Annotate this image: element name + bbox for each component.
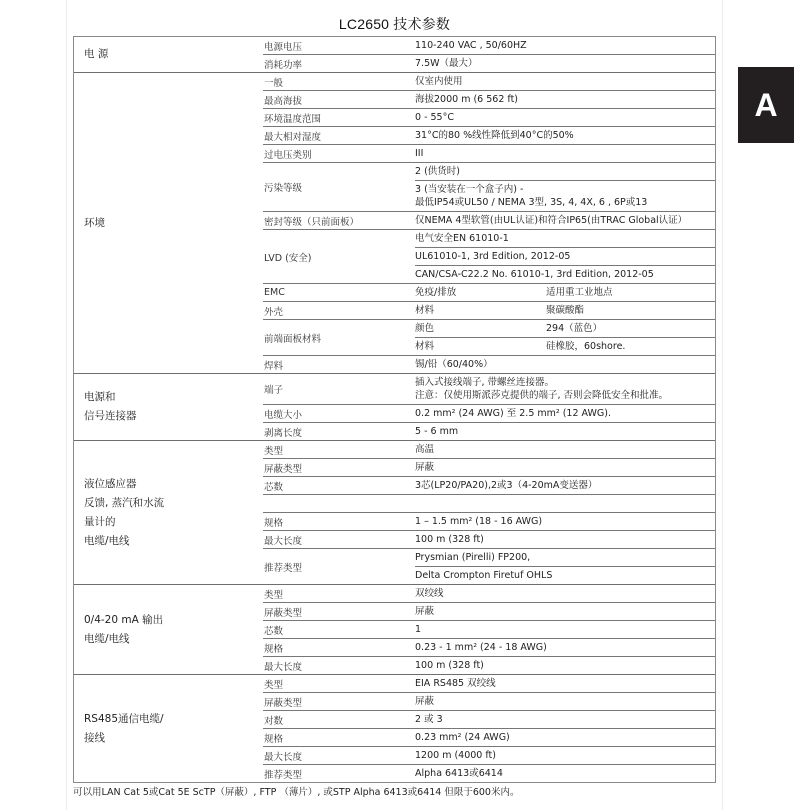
spec-values: 高温 — [415, 441, 715, 458]
spec-key: 对数 — [263, 711, 415, 728]
spec-values: 0 - 55°C — [415, 109, 715, 126]
spec-value: 3 (当安装在一个盒子内) -最低IP54或UL50 / NEMA 3型, 3S… — [415, 180, 715, 211]
spec-key: 一般 — [263, 73, 415, 90]
spec-row: 类型EIA RS485 双绞线 — [263, 675, 715, 692]
spec-row: LVD (安全)电气安全EN 61010-1UL61010-1, 3rd Edi… — [263, 229, 715, 283]
spec-row: 最大长度1200 m (4000 ft) — [263, 746, 715, 764]
spec-values: 双绞线 — [415, 585, 715, 602]
page-title: LC2650 技术参数 — [73, 14, 716, 34]
spec-value: 屏蔽 — [415, 603, 715, 620]
spec-value-pair: 免疫/排放适用重工业地点 — [415, 284, 715, 301]
spec-value: 仅室内使用 — [415, 73, 715, 90]
spec-value-text: Delta Crompton Firetuf OHLS — [415, 569, 552, 582]
spec-value-text: 110-240 VAC , 50/60HZ — [415, 39, 527, 52]
spec-value: 双绞线 — [415, 585, 715, 602]
spec-value: 屏蔽 — [415, 693, 715, 710]
spec-values: 100 m (328 ft) — [415, 657, 715, 674]
spec-key — [263, 495, 415, 512]
spec-values: 海拔2000 m (6 562 ft) — [415, 91, 715, 108]
spec-value: Alpha 6413或6414 — [415, 765, 715, 782]
spec-value: EIA RS485 双绞线 — [415, 675, 715, 692]
spec-row: 屏蔽类型屏蔽 — [263, 602, 715, 620]
spec-subkey: 免疫/排放 — [415, 286, 546, 299]
spec-value-text: 0 - 55°C — [415, 111, 454, 124]
spec-row: 过电压类别III — [263, 144, 715, 162]
spec-value-pair: 材料硅橡胶，60shore. — [415, 337, 715, 355]
section-label-line: 环境 — [84, 214, 263, 233]
section-rows: 类型双绞线屏蔽类型屏蔽芯数1规格0.23 - 1 mm² (24 - 18 AW… — [263, 585, 715, 674]
spec-values: Alpha 6413或6414 — [415, 765, 715, 782]
section-label-line: 电缆/电线 — [84, 532, 263, 551]
spec-value-text: Alpha 6413或6414 — [415, 767, 503, 780]
spec-row: 前端面板材料颜色294（蓝色）材料硅橡胶，60shore. — [263, 319, 715, 355]
spec-row: EMC免疫/排放适用重工业地点 — [263, 283, 715, 301]
spec-value: 3芯(LP20/PA20),2或3（4-20mA变送器） — [415, 477, 715, 494]
spec-section: 电源和信号连接器端子插入式接线端子, 带螺丝连接器。 注意：仅使用斯派莎克提供的… — [74, 373, 715, 440]
spec-key: 电源电压 — [263, 37, 415, 54]
spec-key: 环境温度范围 — [263, 109, 415, 126]
spec-values: 1 — [415, 621, 715, 638]
spec-row: 最大长度100 m (328 ft) — [263, 530, 715, 548]
spec-key: 端子 — [263, 374, 415, 404]
spec-subkey: 颜色 — [415, 322, 546, 335]
spec-values: 1200 m (4000 ft) — [415, 747, 715, 764]
spec-row: 芯数3芯(LP20/PA20),2或3（4-20mA变送器） — [263, 476, 715, 494]
spec-row: 环境温度范围0 - 55°C — [263, 108, 715, 126]
spec-value: 2 (供货时) — [415, 163, 715, 180]
section-tab-marker: A — [738, 67, 794, 143]
spec-row: 最大相对湿度31°C的80 %线性降低到40°C的50% — [263, 126, 715, 144]
spec-value-text: 2 或 3 — [415, 713, 443, 726]
spec-values: 颜色294（蓝色）材料硅橡胶，60shore. — [415, 320, 715, 355]
spec-value-text: 海拔2000 m (6 562 ft) — [415, 93, 518, 106]
spec-values: 7.5W（最大） — [415, 55, 715, 72]
spec-value-text: 插入式接线端子, 带螺丝连接器。 注意：仅使用斯派莎克提供的端子, 否则会降低安… — [415, 376, 668, 402]
spec-value: 电气安全EN 61010-1 — [415, 230, 715, 247]
spec-value-text: 屏蔽 — [415, 605, 434, 618]
spec-row: 规格1 – 1.5 mm² (18 - 16 AWG) — [263, 512, 715, 530]
spec-key: 类型 — [263, 585, 415, 602]
section-label-line: RS485通信电缆/ — [84, 710, 263, 729]
spec-key: 最大长度 — [263, 747, 415, 764]
spec-row: 最大长度100 m (328 ft) — [263, 656, 715, 674]
spec-value-text: CAN/CSA-C22.2 No. 61010-1, 3rd Edition, … — [415, 268, 654, 281]
spec-subvalue: 聚碳酸酯 — [546, 304, 715, 317]
spec-values: 1 – 1.5 mm² (18 - 16 AWG) — [415, 513, 715, 530]
spec-row: 推荐类型Prysmian (Pirelli) FP200,Delta Cromp… — [263, 548, 715, 584]
spec-key: 类型 — [263, 675, 415, 692]
spec-value-text: 1 — [415, 623, 421, 636]
section-label-line: 电 源 — [84, 45, 263, 64]
spec-key: 规格 — [263, 729, 415, 746]
spec-value: 1 – 1.5 mm² (18 - 16 AWG) — [415, 513, 715, 530]
spec-value-text: 2 (供货时) — [415, 165, 460, 178]
spec-row: 电源电压110-240 VAC , 50/60HZ — [263, 37, 715, 54]
spec-value-text: 0.2 mm² (24 AWG) 至 2.5 mm² (12 AWG). — [415, 407, 611, 420]
spec-value-text: 31°C的80 %线性降低到40°C的50% — [415, 129, 574, 142]
spec-section: 环境一般仅室内使用最高海拔海拔2000 m (6 562 ft)环境温度范围0 … — [74, 72, 715, 373]
spec-values: 5 - 6 mm — [415, 423, 715, 440]
spec-table: 电 源电源电压110-240 VAC , 50/60HZ消耗功率 7.5W（最大… — [73, 36, 716, 783]
spec-values: 仅NEMA 4型软管(由UL认证)和符合IP65(由TRAC Global认证） — [415, 212, 715, 229]
section-label: 电 源 — [74, 37, 263, 72]
section-label: 电源和信号连接器 — [74, 374, 263, 440]
spec-value: 1 — [415, 621, 715, 638]
footnote: 可以用LAN Cat 5或Cat 5E ScTP（屏蔽）, FTP （薄片）, … — [73, 784, 519, 798]
spec-key: 芯数 — [263, 621, 415, 638]
spec-key: 推荐类型 — [263, 549, 415, 584]
section-label: RS485通信电缆/接线 — [74, 675, 263, 782]
spec-key: 电缆大小 — [263, 405, 415, 422]
spec-values: 屏蔽 — [415, 603, 715, 620]
spec-values: 材料聚碳酸酯 — [415, 302, 715, 319]
spec-values: 0.23 mm² (24 AWG) — [415, 729, 715, 746]
spec-values: 3芯(LP20/PA20),2或3（4-20mA变送器） — [415, 477, 715, 494]
spec-value: III — [415, 145, 715, 162]
spec-key: 屏蔽类型 — [263, 693, 415, 710]
spec-value-text: UL61010-1, 3rd Edition, 2012-05 — [415, 250, 570, 263]
spec-row: 类型高温 — [263, 441, 715, 458]
spec-values: 屏蔽 — [415, 693, 715, 710]
spec-value: 0.23 - 1 mm² (24 - 18 AWG) — [415, 639, 715, 656]
spec-key: 前端面板材料 — [263, 320, 415, 355]
section-rows: 类型高温屏蔽类型屏蔽芯数3芯(LP20/PA20),2或3（4-20mA变送器）… — [263, 441, 715, 584]
spec-row: 对数2 或 3 — [263, 710, 715, 728]
spec-value: CAN/CSA-C22.2 No. 61010-1, 3rd Edition, … — [415, 265, 715, 283]
spec-values: 锡/铅（60/40%） — [415, 356, 715, 373]
spec-key: 密封等级（只前面板） — [263, 212, 415, 229]
section-label-line: 电缆/电线 — [84, 630, 263, 649]
spec-key: 芯数 — [263, 477, 415, 494]
spec-value: 1200 m (4000 ft) — [415, 747, 715, 764]
spec-values: 31°C的80 %线性降低到40°C的50% — [415, 127, 715, 144]
spec-key: 屏蔽类型 — [263, 459, 415, 476]
spec-row: 推荐类型Alpha 6413或6414 — [263, 764, 715, 782]
spec-values: 100 m (328 ft) — [415, 531, 715, 548]
spec-row: 剥离长度5 - 6 mm — [263, 422, 715, 440]
section-rows: 端子插入式接线端子, 带螺丝连接器。 注意：仅使用斯派莎克提供的端子, 否则会降… — [263, 374, 715, 440]
spec-key: 外壳 — [263, 302, 415, 319]
spec-values: Prysmian (Pirelli) FP200,Delta Crompton … — [415, 549, 715, 584]
spec-values: 屏蔽 — [415, 459, 715, 476]
spec-row: 芯数1 — [263, 620, 715, 638]
spec-value-text: 100 m (328 ft) — [415, 533, 484, 546]
section-label-line: 信号连接器 — [84, 407, 263, 426]
spec-value: 0.23 mm² (24 AWG) — [415, 729, 715, 746]
spec-values: III — [415, 145, 715, 162]
spec-row: 规格0.23 mm² (24 AWG) — [263, 728, 715, 746]
spec-value-text: 双绞线 — [415, 587, 444, 600]
spec-value: Delta Crompton Firetuf OHLS — [415, 566, 715, 584]
section-label-line: 0/4-20 mA 输出 — [84, 611, 263, 630]
page-edge-left — [66, 0, 67, 810]
spec-key: 过电压类别 — [263, 145, 415, 162]
spec-values: 仅室内使用 — [415, 73, 715, 90]
spec-value: 7.5W（最大） — [415, 55, 715, 72]
section-label-line: 液位感应器 — [84, 475, 263, 494]
spec-row: 屏蔽类型屏蔽 — [263, 692, 715, 710]
spec-value: 2 或 3 — [415, 711, 715, 728]
spec-section: 液位感应器反馈, 蒸汽和水流量计的电缆/电线类型高温屏蔽类型屏蔽芯数3芯(LP2… — [74, 440, 715, 584]
section-rows: 电源电压110-240 VAC , 50/60HZ消耗功率 7.5W（最大） — [263, 37, 715, 72]
spec-value-text: 5 - 6 mm — [415, 425, 458, 438]
spec-row: 消耗功率 7.5W（最大） — [263, 54, 715, 72]
spec-value: 锡/铅（60/40%） — [415, 356, 715, 373]
spec-value: 0.2 mm² (24 AWG) 至 2.5 mm² (12 AWG). — [415, 405, 715, 422]
section-rows: 类型EIA RS485 双绞线屏蔽类型屏蔽对数2 或 3规格0.23 mm² (… — [263, 675, 715, 782]
spec-value: UL61010-1, 3rd Edition, 2012-05 — [415, 247, 715, 265]
spec-values: 插入式接线端子, 带螺丝连接器。 注意：仅使用斯派莎克提供的端子, 否则会降低安… — [415, 374, 715, 404]
spec-value-text: III — [415, 147, 423, 160]
spec-key: 污染等级 — [263, 163, 415, 211]
spec-value-text: 仅NEMA 4型软管(由UL认证)和符合IP65(由TRAC Global认证） — [415, 214, 687, 227]
spec-values: 0.23 - 1 mm² (24 - 18 AWG) — [415, 639, 715, 656]
spec-value: 高温 — [415, 441, 715, 458]
spec-value: 5 - 6 mm — [415, 423, 715, 440]
spec-key: EMC — [263, 284, 415, 301]
spec-value: 海拔2000 m (6 562 ft) — [415, 91, 715, 108]
spec-key: 焊料 — [263, 356, 415, 373]
spec-value — [415, 495, 715, 512]
spec-value-text: 高温 — [415, 443, 434, 456]
spec-key: 剥离长度 — [263, 423, 415, 440]
spec-row: 最高海拔海拔2000 m (6 562 ft) — [263, 90, 715, 108]
spec-row: 类型双绞线 — [263, 585, 715, 602]
section-label-line: 量计的 — [84, 513, 263, 532]
spec-row: 密封等级（只前面板）仅NEMA 4型软管(由UL认证)和符合IP65(由TRAC… — [263, 211, 715, 229]
spec-values: 0.2 mm² (24 AWG) 至 2.5 mm² (12 AWG). — [415, 405, 715, 422]
spec-value-text: 7.5W（最大） — [415, 57, 478, 70]
spec-value-text: 锡/铅（60/40%） — [415, 358, 493, 371]
spec-row: 屏蔽类型屏蔽 — [263, 458, 715, 476]
spec-subkey: 材料 — [415, 304, 546, 317]
section-label: 液位感应器反馈, 蒸汽和水流量计的电缆/电线 — [74, 441, 263, 584]
spec-value-text: 3芯(LP20/PA20),2或3（4-20mA变送器） — [415, 479, 597, 492]
spec-value-text: 电气安全EN 61010-1 — [415, 232, 509, 245]
spec-key: 类型 — [263, 441, 415, 458]
section-label-line: 接线 — [84, 729, 263, 748]
spec-value-text: 仅室内使用 — [415, 75, 463, 88]
page-edge-right — [722, 0, 723, 810]
spec-subvalue: 294（蓝色） — [546, 322, 715, 335]
spec-row: 电缆大小0.2 mm² (24 AWG) 至 2.5 mm² (12 AWG). — [263, 404, 715, 422]
spec-value-text: EIA RS485 双绞线 — [415, 677, 496, 690]
spec-key: 消耗功率 — [263, 55, 415, 72]
section-rows: 一般仅室内使用最高海拔海拔2000 m (6 562 ft)环境温度范围0 - … — [263, 73, 715, 373]
spec-section: 电 源电源电压110-240 VAC , 50/60HZ消耗功率 7.5W（最大… — [74, 37, 715, 72]
spec-value-text: 3 (当安装在一个盒子内) -最低IP54或UL50 / NEMA 3型, 3S… — [415, 183, 647, 209]
spec-row: 外壳材料聚碳酸酯 — [263, 301, 715, 319]
spec-key: 最大长度 — [263, 657, 415, 674]
spec-value-text: 0.23 - 1 mm² (24 - 18 AWG) — [415, 641, 547, 654]
spec-row: 一般仅室内使用 — [263, 73, 715, 90]
spec-value-text: 屏蔽 — [415, 461, 434, 474]
spec-value: 110-240 VAC , 50/60HZ — [415, 37, 715, 54]
spec-value-text: 1 – 1.5 mm² (18 - 16 AWG) — [415, 515, 542, 528]
spec-value-text: 屏蔽 — [415, 695, 434, 708]
spec-value: 100 m (328 ft) — [415, 531, 715, 548]
spec-row: 污染等级2 (供货时)3 (当安装在一个盒子内) -最低IP54或UL50 / … — [263, 162, 715, 211]
spec-values: EIA RS485 双绞线 — [415, 675, 715, 692]
spec-value-text: 1200 m (4000 ft) — [415, 749, 496, 762]
spec-values: 免疫/排放适用重工业地点 — [415, 284, 715, 301]
spec-value: 仅NEMA 4型软管(由UL认证)和符合IP65(由TRAC Global认证） — [415, 212, 715, 229]
section-label-line: 电源和 — [84, 388, 263, 407]
spec-value: 插入式接线端子, 带螺丝连接器。 注意：仅使用斯派莎克提供的端子, 否则会降低安… — [415, 374, 715, 404]
spec-subvalue: 适用重工业地点 — [546, 286, 715, 299]
spec-key: 推荐类型 — [263, 765, 415, 782]
spec-section: RS485通信电缆/接线类型EIA RS485 双绞线屏蔽类型屏蔽对数2 或 3… — [74, 674, 715, 782]
spec-value: 屏蔽 — [415, 459, 715, 476]
section-label-line: 反馈, 蒸汽和水流 — [84, 494, 263, 513]
spec-value: 31°C的80 %线性降低到40°C的50% — [415, 127, 715, 144]
spec-value-text: 100 m (328 ft) — [415, 659, 484, 672]
spec-key: 屏蔽类型 — [263, 603, 415, 620]
spec-values — [415, 495, 715, 512]
spec-section: 0/4-20 mA 输出电缆/电线类型双绞线屏蔽类型屏蔽芯数1规格0.23 - … — [74, 584, 715, 674]
spec-key: 最大长度 — [263, 531, 415, 548]
spec-row: 端子插入式接线端子, 带螺丝连接器。 注意：仅使用斯派莎克提供的端子, 否则会降… — [263, 374, 715, 404]
spec-value-pair: 颜色294（蓝色） — [415, 320, 715, 337]
spec-value: Prysmian (Pirelli) FP200, — [415, 549, 715, 566]
spec-values: 电气安全EN 61010-1UL61010-1, 3rd Edition, 20… — [415, 230, 715, 283]
spec-value-text: Prysmian (Pirelli) FP200, — [415, 551, 530, 564]
spec-key: 最高海拔 — [263, 91, 415, 108]
spec-value: 100 m (328 ft) — [415, 657, 715, 674]
spec-key: 最大相对湿度 — [263, 127, 415, 144]
spec-key: 规格 — [263, 639, 415, 656]
spec-value: 0 - 55°C — [415, 109, 715, 126]
spec-values: 2 或 3 — [415, 711, 715, 728]
spec-value-text: 0.23 mm² (24 AWG) — [415, 731, 510, 744]
spec-row: 焊料锡/铅（60/40%） — [263, 355, 715, 373]
spec-values: 110-240 VAC , 50/60HZ — [415, 37, 715, 54]
spec-row — [263, 494, 715, 512]
section-label: 环境 — [74, 73, 263, 373]
spec-values: 2 (供货时)3 (当安装在一个盒子内) -最低IP54或UL50 / NEMA… — [415, 163, 715, 211]
spec-subvalue: 硅橡胶，60shore. — [546, 340, 715, 353]
spec-row: 规格0.23 - 1 mm² (24 - 18 AWG) — [263, 638, 715, 656]
section-label: 0/4-20 mA 输出电缆/电线 — [74, 585, 263, 674]
spec-subkey: 材料 — [415, 340, 546, 353]
spec-key: LVD (安全) — [263, 230, 415, 283]
spec-key: 规格 — [263, 513, 415, 530]
spec-value-pair: 材料聚碳酸酯 — [415, 302, 715, 319]
